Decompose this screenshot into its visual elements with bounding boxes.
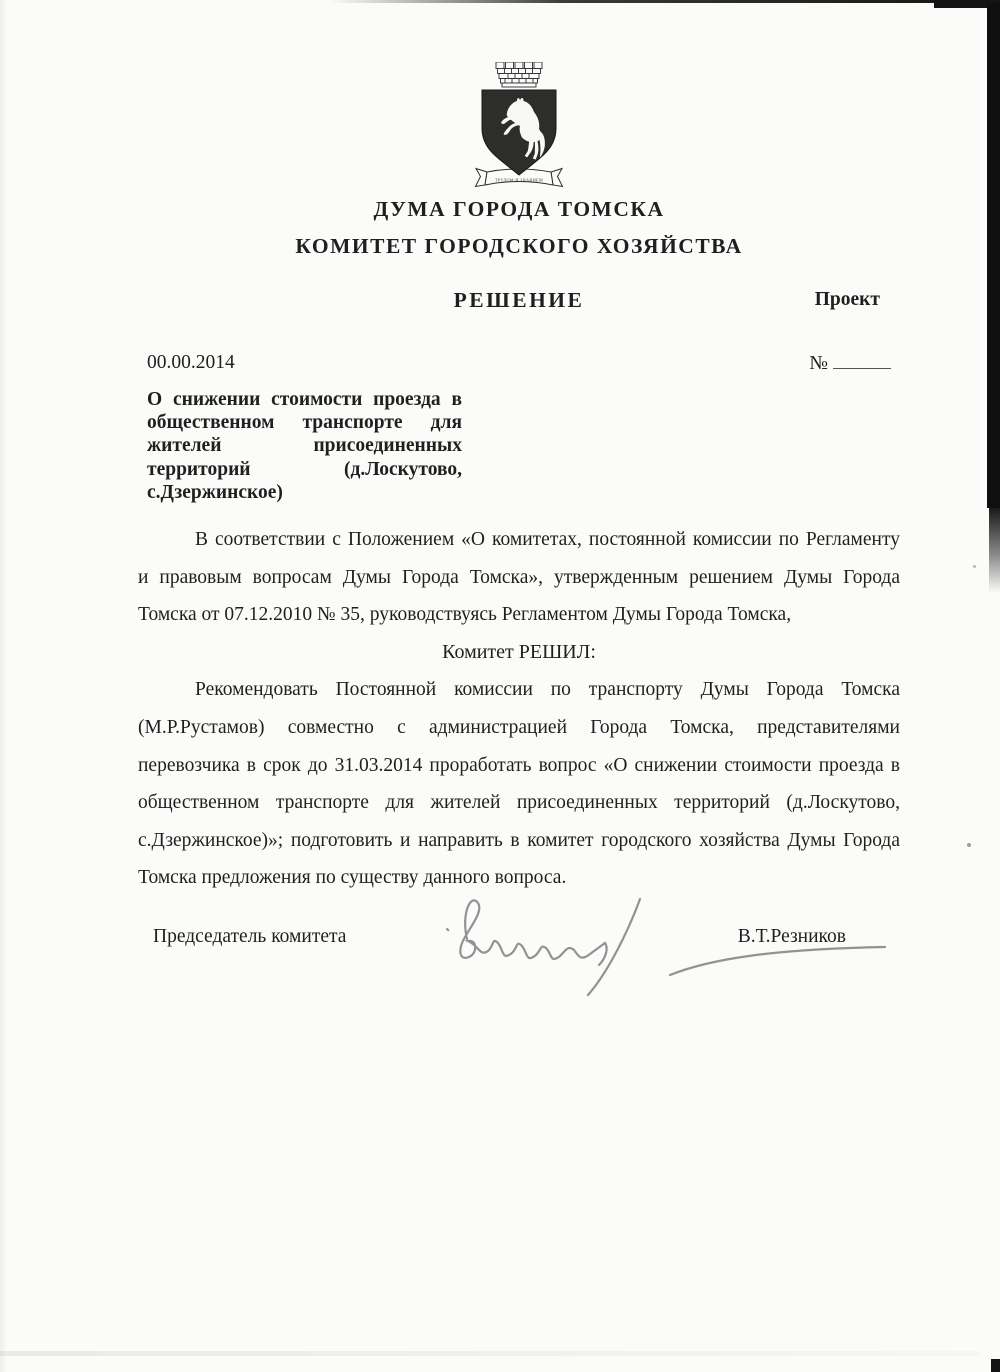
number-blank-line [833, 352, 891, 369]
signer-name: В.Т.Резников [738, 925, 846, 949]
shield-icon [482, 90, 556, 175]
tomsk-coat-of-arms: ТРУДОМ И ЗНАНИЕМ [138, 62, 900, 194]
scan-left-edge-shading [0, 0, 7, 1372]
text-line: (М.Р.Рустамов) совместно с администрацие… [138, 709, 900, 747]
signature-row: Председатель комитета В.Т.Резников [138, 925, 900, 1005]
coat-of-arms-icon: ТРУДОМ И ЗНАНИЕМ [474, 62, 564, 194]
resolution-heading: Комитет РЕШИЛ: [138, 634, 900, 672]
document-date: 00.00.2014 [138, 352, 235, 373]
mural-crown-icon [496, 62, 542, 87]
paragraph-preamble: В соответствии с Положением «О комитетах… [138, 521, 900, 634]
number-sign: № [809, 353, 828, 374]
paragraph-resolution: Рекомендовать Постоянной комиссии по тра… [138, 671, 900, 897]
text-line: общественном транспорте для жителей прис… [138, 784, 900, 822]
text-line: перевозчика в срок до 31.03.2014 прорабо… [138, 747, 900, 785]
text-line: В соответствии с Положением «О комитетах… [138, 521, 900, 559]
scanned-document-page: ТРУДОМ И ЗНАНИЕМ ДУМА ГОРОДА ТОМСКА [0, 0, 1000, 1372]
org-name-line2: КОМИТЕТ ГОРОДСКОГО ХОЗЯЙСТВА [138, 235, 900, 258]
date-number-row: 00.00.2014 № [138, 352, 900, 373]
org-name-line1: ДУМА ГОРОДА ТОМСКА [138, 198, 900, 221]
document-content: ТРУДОМ И ЗНАНИЕМ ДУМА ГОРОДА ТОМСКА [138, 0, 900, 1005]
text-line: с.Дзержинское)»; подготовить и направить… [138, 822, 900, 860]
subject-line: с.Дзержинское) [147, 481, 462, 504]
document-number: № [809, 352, 891, 374]
scan-speck [967, 843, 971, 847]
text-line: и правовым вопросам Думы Города Томска»,… [138, 559, 900, 597]
crest-motto-text: ТРУДОМ И ЗНАНИЕМ [495, 178, 543, 183]
text-line: Рекомендовать Постоянной комиссии по тра… [138, 671, 900, 709]
text-line: Томска от 07.12.2010 № 35, руководствуяс… [138, 596, 900, 634]
scan-bottom-noise [0, 1351, 980, 1356]
scan-right-edge-band-fade [989, 508, 1000, 593]
scan-right-edge-band [987, 3, 1000, 508]
signer-position: Председатель комитета [153, 925, 346, 949]
document-type-title: РЕШЕНИЕ [138, 289, 900, 311]
subject-line: О снижении стоимости проезда в [147, 388, 462, 411]
subject-block: О снижении стоимости проезда вобщественн… [147, 388, 462, 504]
draft-label: Проект [815, 289, 880, 311]
subject-line: общественном транспорте для [147, 411, 462, 434]
subject-line: жителей присоединенных [147, 434, 462, 457]
scan-bottom-right-corner-mark [991, 1359, 1000, 1372]
document-type-row: РЕШЕНИЕ Проект [138, 289, 900, 311]
subject-line: территорий (д.Лоскутово, [147, 458, 462, 481]
scan-speck [973, 565, 976, 568]
